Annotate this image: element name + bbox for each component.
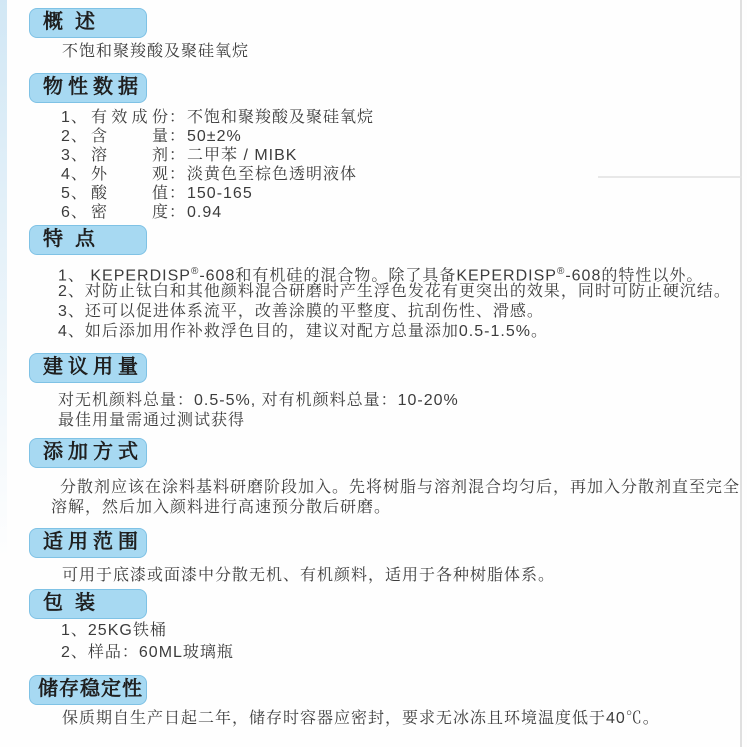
- dosage-line-2: 最佳用量需通过测试获得: [58, 411, 245, 430]
- property-row-5: 5、酸值：150-165: [61, 184, 253, 203]
- section-badge-addition: 添加方式: [29, 438, 147, 468]
- property-value: 二甲苯 / MIBK: [187, 147, 297, 164]
- addition-line-1: 分散剂应该在涂料基料研磨阶段加入。先将树脂与溶剂混合均匀后，再加入分散剂直至完全: [51, 478, 740, 497]
- datasheet-page: 概述 不饱和聚羧酸及聚硅氧烷 物性数据 1、有效成份：不饱和聚羧酸及聚硅氧烷 2…: [0, 0, 747, 747]
- section-title-properties: 物性数据: [43, 76, 143, 98]
- property-label: 溶剂: [91, 146, 169, 165]
- property-row-3: 3、溶剂：二甲苯 / MIBK: [61, 146, 297, 165]
- property-colon: ：: [169, 184, 187, 203]
- property-value: 150-165: [187, 185, 253, 202]
- property-value: 0.94: [187, 204, 222, 221]
- property-colon: ：: [169, 108, 187, 127]
- overview-text: 不饱和聚羧酸及聚硅氧烷: [62, 42, 249, 61]
- property-label: 含量: [91, 127, 169, 146]
- page-left-edge-band: [0, 0, 7, 560]
- storage-text: 保质期自生产日起二年，储存时容器应密封，要求无冰冻且环境温度低于40℃。: [62, 709, 660, 728]
- section-title-packaging: 包装: [43, 592, 107, 614]
- property-label: 有效成份: [91, 108, 169, 127]
- packaging-item-2: 2、样品：60ML玻璃瓶: [61, 643, 234, 662]
- property-colon: ：: [169, 165, 187, 184]
- section-title-features: 特点: [43, 228, 107, 250]
- section-badge-scope: 适用范围: [29, 528, 147, 558]
- section-badge-packaging: 包装: [29, 589, 147, 619]
- property-num: 3、: [61, 146, 91, 165]
- property-num: 6、: [61, 203, 91, 222]
- property-colon: ：: [169, 146, 187, 165]
- section-badge-properties: 物性数据: [29, 73, 147, 103]
- section-title-storage: 储存稳定性: [38, 678, 143, 700]
- property-row-4: 4、外观：淡黄色至棕色透明液体: [61, 165, 357, 184]
- dosage-line-1: 对无机颜料总量：0.5-5%, 对有机颜料总量：10-20%: [58, 391, 459, 410]
- property-label: 密度: [91, 203, 169, 222]
- page-right-horizontal-line: [598, 176, 742, 178]
- section-badge-overview: 概述: [29, 8, 147, 38]
- section-title-addition: 添加方式: [43, 441, 143, 463]
- scope-text: 可用于底漆或面漆中分散无机、有机颜料，适用于各种树脂体系。: [62, 566, 555, 585]
- property-value: 50±2%: [187, 128, 242, 145]
- property-label: 外观: [91, 165, 169, 184]
- feature-item-4: 4、如后添加用作补救浮色目的，建议对配方总量添加0.5-1.5%。: [58, 322, 548, 341]
- property-num: 2、: [61, 127, 91, 146]
- property-row-2: 2、含量：50±2%: [61, 127, 242, 146]
- property-colon: ：: [169, 203, 187, 222]
- property-value: 淡黄色至棕色透明液体: [187, 166, 357, 183]
- section-title-dosage: 建议用量: [43, 356, 143, 378]
- property-value: 不饱和聚羧酸及聚硅氧烷: [187, 109, 374, 126]
- page-right-edge-line: [740, 0, 742, 747]
- section-title-scope: 适用范围: [43, 531, 143, 553]
- feature-item-2: 2、对防止钛白和其他颜料混合研磨时产生浮色发花有更突出的效果，同时可防止硬沉结。: [58, 282, 731, 301]
- property-label: 酸值: [91, 184, 169, 203]
- property-row-6: 6、密度：0.94: [61, 203, 222, 222]
- addition-line-2: 溶解，然后加入颜料进行高速预分散后研磨。: [51, 498, 391, 517]
- section-title-overview: 概述: [43, 11, 107, 33]
- property-colon: ：: [169, 127, 187, 146]
- section-badge-dosage: 建议用量: [29, 353, 147, 383]
- section-badge-features: 特点: [29, 225, 147, 255]
- property-num: 5、: [61, 184, 91, 203]
- feature-item-3: 3、还可以促进体系流平，改善涂膜的平整度、抗刮伤性、滑感。: [58, 302, 544, 321]
- packaging-item-1: 1、25KG铁桶: [61, 621, 167, 640]
- property-num: 1、: [61, 108, 91, 127]
- property-row-1: 1、有效成份：不饱和聚羧酸及聚硅氧烷: [61, 108, 374, 127]
- property-num: 4、: [61, 165, 91, 184]
- section-badge-storage: 储存稳定性: [29, 675, 147, 705]
